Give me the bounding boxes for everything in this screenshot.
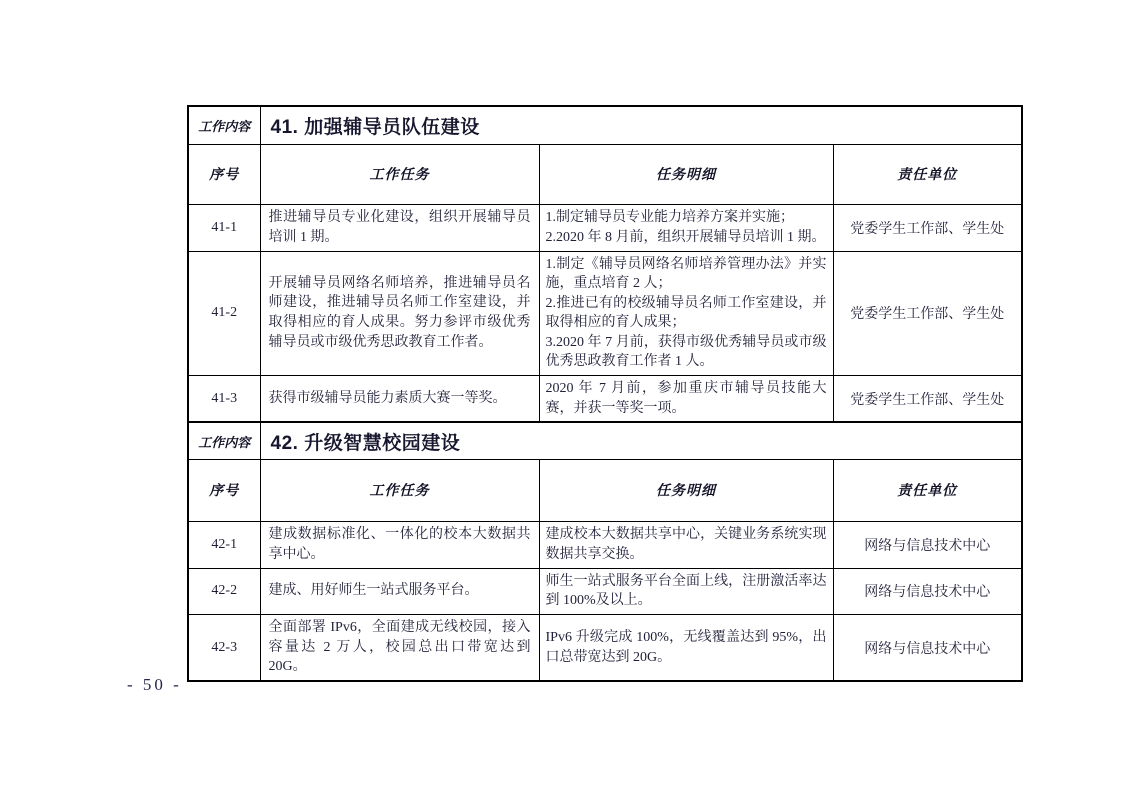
section-41-label: 工作内容 xyxy=(188,106,260,144)
row-task: 建成数据标准化、一体化的校本大数据共享中心。 xyxy=(260,521,539,568)
section-41-column-header-row: 序号 工作任务 任务明细 责任单位 xyxy=(188,144,1022,204)
detail-item: 师生一站式服务平台全面上线，注册激活率达到 100%及以上。 xyxy=(546,572,827,611)
column-header-unit: 责任单位 xyxy=(833,144,1022,204)
section-41-header-row: 工作内容 41. 加强辅导员队伍建设 xyxy=(188,106,1022,144)
row-task: 获得市级辅导员能力素质大赛一等奖。 xyxy=(260,376,539,423)
row-task: 建成、用好师生一站式服务平台。 xyxy=(260,568,539,614)
row-id: 42-3 xyxy=(188,614,260,681)
detail-item: IPv6 升级完成 100%，无线覆盖达到 95%，出口总带宽达到 20G。 xyxy=(546,628,827,667)
detail-item: 1.制定《辅导员网络名师培养管理办法》并实施，重点培育 2 人； xyxy=(546,255,827,294)
table-row-42-2: 42-2 建成、用好师生一站式服务平台。 师生一站式服务平台全面上线，注册激活率… xyxy=(188,568,1022,614)
row-id: 42-2 xyxy=(188,568,260,614)
table-row-42-3: 42-3 全面部署 IPv6，全面建成无线校园，接入容量达 2 万人，校园总出口… xyxy=(188,614,1022,681)
detail-item: 2020 年 7 月前，参加重庆市辅导员技能大赛，并获一等奖一项。 xyxy=(546,379,827,418)
detail-item: 3.2020 年 7 月前，获得市级优秀辅导员或市级优秀思政教育工作者 1 人。 xyxy=(546,333,827,372)
row-details: 师生一站式服务平台全面上线，注册激活率达到 100%及以上。 xyxy=(539,568,833,614)
column-header-task: 工作任务 xyxy=(260,459,539,521)
row-id: 41-1 xyxy=(188,204,260,251)
detail-item: 2.推进已有的校级辅导员名师工作室建设，并取得相应的育人成果； xyxy=(546,294,827,333)
section-42-column-header-row: 序号 工作任务 任务明细 责任单位 xyxy=(188,459,1022,521)
column-header-detail: 任务明细 xyxy=(539,144,833,204)
page-number: - 50 - xyxy=(127,675,182,695)
row-unit: 网络与信息技术中心 xyxy=(833,614,1022,681)
row-details: 2020 年 7 月前，参加重庆市辅导员技能大赛，并获一等奖一项。 xyxy=(539,376,833,423)
detail-item: 建成校本大数据共享中心，关键业务系统实现数据共享交换。 xyxy=(546,525,827,564)
row-task: 推进辅导员专业化建设，组织开展辅导员培训 1 期。 xyxy=(260,204,539,251)
section-42-title: 42. 升级智慧校园建设 xyxy=(260,422,1022,459)
row-id: 42-1 xyxy=(188,521,260,568)
work-plan-table: 工作内容 41. 加强辅导员队伍建设 序号 工作任务 任务明细 责任单位 41-… xyxy=(187,105,1023,682)
row-unit: 党委学生工作部、学生处 xyxy=(833,376,1022,423)
table-row-42-1: 42-1 建成数据标准化、一体化的校本大数据共享中心。 建成校本大数据共享中心，… xyxy=(188,521,1022,568)
row-details: 建成校本大数据共享中心，关键业务系统实现数据共享交换。 xyxy=(539,521,833,568)
row-unit: 党委学生工作部、学生处 xyxy=(833,251,1022,376)
column-header-seq: 序号 xyxy=(188,459,260,521)
document-page: 工作内容 41. 加强辅导员队伍建设 序号 工作任务 任务明细 责任单位 41-… xyxy=(0,0,1122,793)
row-task: 全面部署 IPv6，全面建成无线校园，接入容量达 2 万人，校园总出口带宽达到 … xyxy=(260,614,539,681)
column-header-unit: 责任单位 xyxy=(833,459,1022,521)
row-details: 1.制定《辅导员网络名师培养管理办法》并实施，重点培育 2 人； 2.推进已有的… xyxy=(539,251,833,376)
column-header-detail: 任务明细 xyxy=(539,459,833,521)
row-unit: 网络与信息技术中心 xyxy=(833,521,1022,568)
row-id: 41-2 xyxy=(188,251,260,376)
row-details: IPv6 升级完成 100%，无线覆盖达到 95%，出口总带宽达到 20G。 xyxy=(539,614,833,681)
row-details: 1.制定辅导员专业能力培养方案并实施； 2.2020 年 8 月前，组织开展辅导… xyxy=(539,204,833,251)
section-42-label: 工作内容 xyxy=(188,422,260,459)
table-row-41-1: 41-1 推进辅导员专业化建设，组织开展辅导员培训 1 期。 1.制定辅导员专业… xyxy=(188,204,1022,251)
table-row-41-3: 41-3 获得市级辅导员能力素质大赛一等奖。 2020 年 7 月前，参加重庆市… xyxy=(188,376,1022,423)
section-41-title: 41. 加强辅导员队伍建设 xyxy=(260,106,1022,144)
row-unit: 网络与信息技术中心 xyxy=(833,568,1022,614)
section-42-header-row: 工作内容 42. 升级智慧校园建设 xyxy=(188,422,1022,459)
detail-item: 2.2020 年 8 月前，组织开展辅导员培训 1 期。 xyxy=(546,228,827,248)
row-id: 41-3 xyxy=(188,376,260,423)
detail-item: 1.制定辅导员专业能力培养方案并实施； xyxy=(546,208,827,228)
table-row-41-2: 41-2 开展辅导员网络名师培养，推进辅导员名师建设，推进辅导员名师工作室建设，… xyxy=(188,251,1022,376)
row-unit: 党委学生工作部、学生处 xyxy=(833,204,1022,251)
column-header-seq: 序号 xyxy=(188,144,260,204)
column-header-task: 工作任务 xyxy=(260,144,539,204)
row-task: 开展辅导员网络名师培养，推进辅导员名师建设，推进辅导员名师工作室建设，并取得相应… xyxy=(260,251,539,376)
